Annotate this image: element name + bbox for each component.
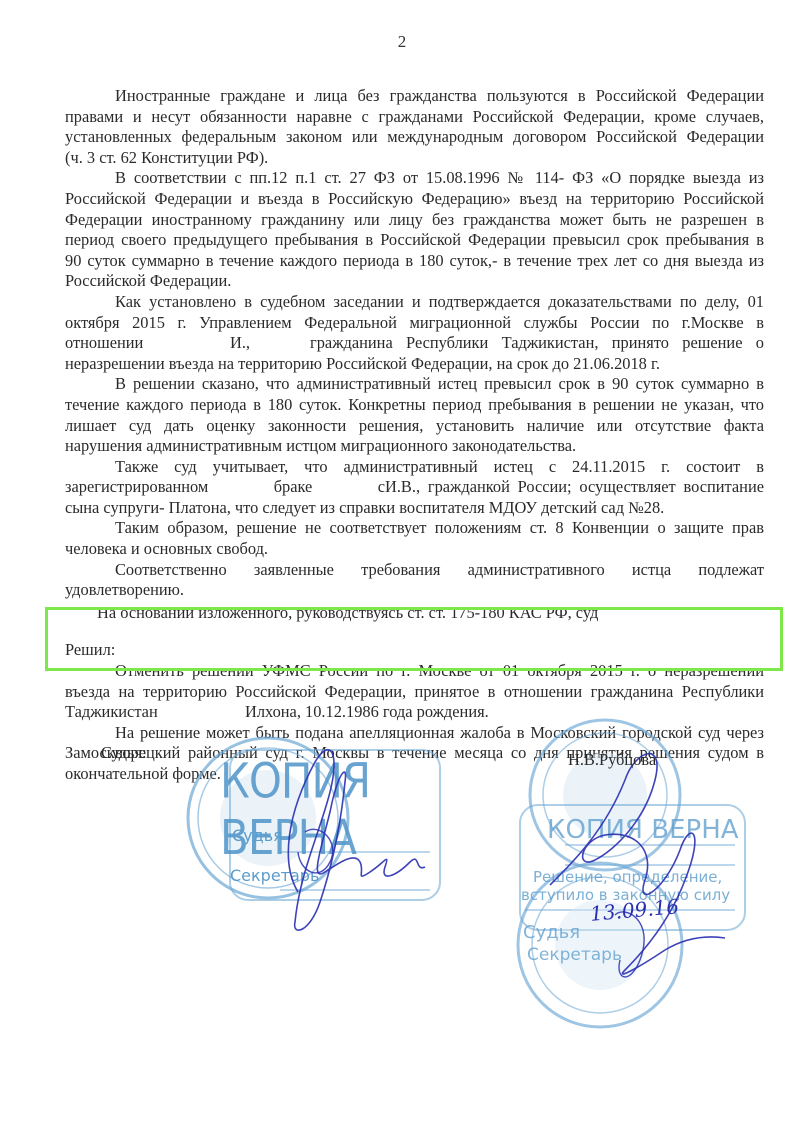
- text-line: Российской Федерации и въезда в Российск…: [65, 189, 764, 210]
- text-line: Иностранные граждане и лица без гражданс…: [65, 86, 764, 107]
- text-line: въезда на территорию Российской Федераци…: [65, 682, 764, 703]
- judge-name: Н.В.Рубцова: [568, 750, 656, 770]
- text-line-redacted: зарегистрированном браке с И.В., граждан…: [65, 477, 764, 498]
- paragraph-marriage: Также суд учитывает, что административны…: [65, 457, 764, 519]
- text-line: правами и несут обязанности наравне с гр…: [65, 107, 764, 128]
- text-line: Российской Федерации.: [65, 271, 764, 292]
- text-fragment: гражданина Республики Таджикистан, приня…: [310, 333, 764, 354]
- judge-label: Судья:: [101, 743, 147, 763]
- text-line: В соответствии с пп.12 п.1 ст. 27 ФЗ от …: [65, 168, 764, 189]
- text-line: На основании изложенного, руководствуясь…: [65, 603, 764, 624]
- page-number: 2: [0, 32, 804, 52]
- text-fragment: И.В., гражданкой России; осуществляет во…: [385, 477, 764, 498]
- text-fragment: зарегистрированном браке с: [65, 477, 385, 498]
- text-line: Также суд учитывает, что административны…: [65, 457, 764, 478]
- text-line: Федерации иностранному гражданину или ли…: [65, 210, 764, 231]
- text-line: удовлетворению.: [65, 580, 764, 601]
- text-line: течение каждого периода в 180 суток. Кон…: [65, 395, 764, 416]
- paragraph-law-reference: В соответствии с пп.12 п.1 ст. 27 ФЗ от …: [65, 168, 764, 292]
- text-line: установленных федеральным законом или ме…: [65, 127, 764, 148]
- text-line: период своего предыдущего пребывания в Р…: [65, 230, 764, 251]
- text-line: человека и основных свобод.: [65, 539, 764, 560]
- text-line-redacted: отношении И., гражданина Республики Тадж…: [65, 333, 764, 354]
- paragraph-convention: Таким образом, решение не соответствует …: [65, 518, 764, 559]
- paragraph-foreigners-rights: Иностранные граждане и лица без гражданс…: [65, 86, 764, 168]
- text-line: 90 суток суммарно в течение каждого пери…: [65, 251, 764, 272]
- text-line: Как установлено в судебном заседании и п…: [65, 292, 764, 313]
- redacted-initial: И.,: [230, 333, 310, 354]
- text-line: Таким образом, решение не соответствует …: [65, 518, 764, 539]
- text-line: Отменить решении УФМС России по г. Москв…: [65, 661, 764, 682]
- paragraph-established-facts: Как установлено в судебном заседании и п…: [65, 292, 764, 374]
- text-line: Соответственно заявленные требования адм…: [65, 560, 764, 581]
- document-body: Иностранные граждане и лица без гражданс…: [65, 86, 764, 785]
- text-fragment: Илхона, 10.12.1986 года рождения.: [245, 702, 489, 723]
- paragraph-decision-content: В решении сказано, что административный …: [65, 374, 764, 456]
- text-line: (ч. 3 ст. 62 Конституции РФ).: [65, 148, 764, 169]
- text-line: В решении сказано, что административный …: [65, 374, 764, 395]
- text-line: неразрешении въезда на территорию Россий…: [65, 354, 764, 375]
- judge-signature: [180, 722, 450, 942]
- text-line: нарушения административным истцом миграц…: [65, 436, 764, 457]
- text-fragment: Таджикистан: [65, 702, 245, 723]
- paragraph-claims-granted: Соответственно заявленные требования адм…: [65, 560, 764, 601]
- paragraph-basis: На основании изложенного, руководствуясь…: [65, 603, 764, 624]
- ruling-text: Отменить решении УФМС России по г. Москв…: [65, 661, 764, 723]
- left-copy-certified-stamp: КОПИЯ ВЕРНА Судья Секретарь: [180, 722, 450, 922]
- text-line: лишает суд дать оценку законности решени…: [65, 416, 764, 437]
- text-fragment: отношении: [65, 333, 230, 354]
- text-line: сына супруги- Платона, что следует из сп…: [65, 498, 764, 519]
- text-line: октября 2015 г. Управлением Федеральной …: [65, 313, 764, 334]
- ruling-heading: Решил:: [65, 640, 764, 661]
